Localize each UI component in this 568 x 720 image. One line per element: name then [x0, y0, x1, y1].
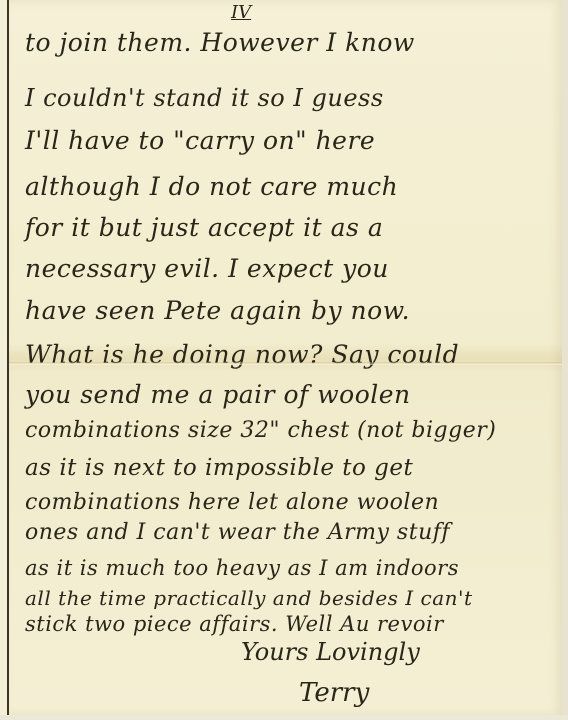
page-number: IV: [231, 2, 251, 23]
letter-line: have seen Pete again by now.: [25, 296, 410, 325]
letter-closing: Yours Lovingly: [241, 638, 420, 666]
letter-line: combinations here let alone woolen: [25, 490, 439, 515]
letter-line: I couldn't stand it so I guess: [25, 84, 384, 112]
letter-page: IV to join them. However I know I couldn…: [7, 0, 564, 715]
letter-line: I'll have to "carry on" here: [25, 126, 375, 155]
letter-line: combinations size 32" chest (not bigger): [25, 418, 496, 443]
scan-bottom-edge: [0, 715, 568, 720]
letter-line: to join them. However I know: [25, 28, 415, 57]
letter-line: stick two piece affairs. Well Au revoir: [25, 612, 444, 636]
scan-right-edge: [562, 0, 568, 720]
letter-signature: Terry: [299, 678, 369, 708]
letter-line: ones and I can't wear the Army stuff: [25, 520, 450, 545]
letter-line: as it is next to impossible to get: [25, 455, 413, 481]
letter-line: you send me a pair of woolen: [25, 380, 411, 409]
letter-line: necessary evil. I expect you: [25, 254, 389, 283]
letter-line: all the time practically and besides I c…: [25, 586, 473, 610]
letter-line: although I do not care much: [25, 172, 398, 201]
letter-line: What is he doing now? Say could: [25, 340, 459, 369]
letter-line: for it but just accept it as a: [25, 213, 383, 242]
letter-line: as it is much too heavy as I am indoors: [25, 556, 459, 580]
